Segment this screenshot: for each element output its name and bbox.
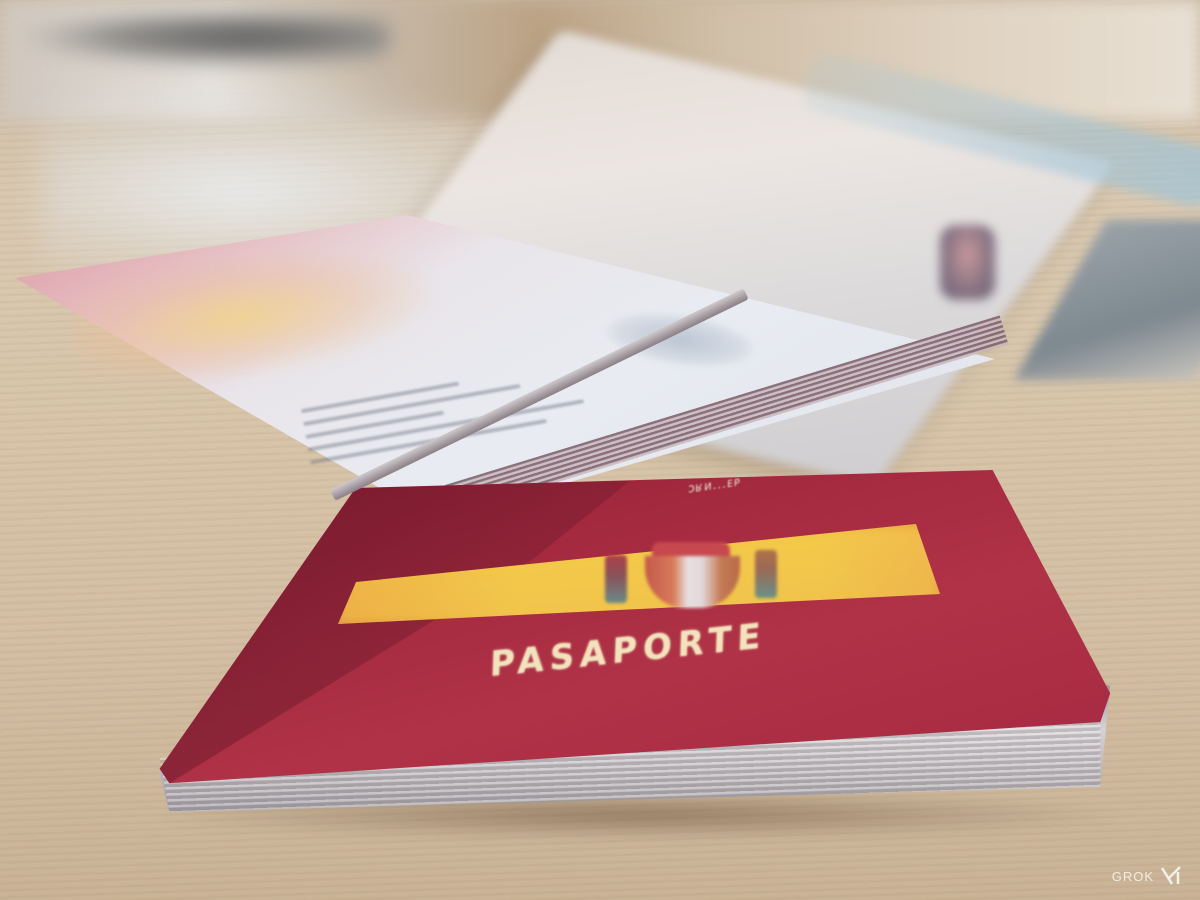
front-closed-passport: ᴐʁᴎ...ᴇᴘ PASAPORTE — [140, 470, 1120, 830]
pillar-right-icon — [755, 550, 777, 598]
watermark: GROK — [1112, 866, 1182, 886]
shield-icon — [645, 556, 740, 608]
photo-scene: ᴐʁᴎ...ᴇᴘ PASAPORTE GROK — [0, 0, 1200, 900]
blurred-background-object — [30, 10, 390, 65]
watermark-text: GROK — [1112, 869, 1154, 884]
spain-coat-of-arms-icon — [590, 540, 790, 610]
grok-logo-icon — [1160, 866, 1182, 886]
pillar-left-icon — [605, 555, 627, 603]
